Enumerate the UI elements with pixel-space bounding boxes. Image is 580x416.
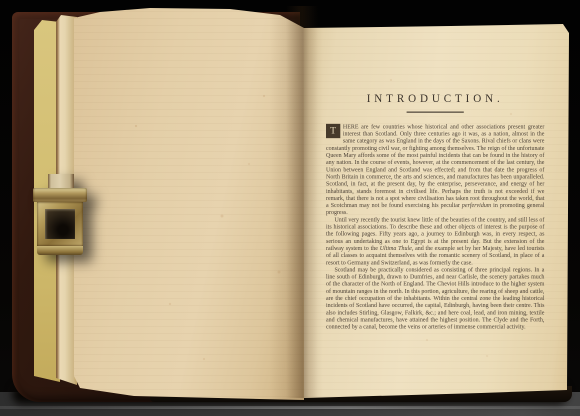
- right-page: INTRODUCTION. THERE are few countries wh…: [301, 18, 573, 400]
- paragraphs: THERE are few countries whose historical…: [326, 123, 544, 330]
- left-page-blank: [74, 4, 304, 400]
- paragraph: Until very recently the tourist knew lit…: [326, 216, 544, 266]
- heading-rule: [407, 112, 464, 113]
- paragraph-segment: perfervidum: [462, 202, 491, 209]
- clasp-hinge-bar: [33, 188, 87, 202]
- table-edge-highlight: [0, 406, 580, 409]
- photo-scene: INTRODUCTION. THERE are few countries wh…: [0, 0, 580, 416]
- text-block: INTRODUCTION. THERE are few countries wh…: [326, 92, 544, 331]
- paragraph-segment: HERE are few countries whose historical …: [326, 123, 544, 208]
- paragraph-segment: Ultima Thule: [380, 245, 412, 252]
- clasp-frame: [37, 202, 83, 246]
- clasp-window: [45, 209, 75, 239]
- clasp-foot-bar: [37, 246, 83, 255]
- paragraph: Scotland may be practically considered a…: [326, 266, 544, 330]
- drop-cap-ornament: T: [326, 124, 340, 138]
- paragraph: THERE are few countries whose historical…: [326, 123, 544, 216]
- brass-clasp: [33, 174, 89, 258]
- paragraph-segment: Scotland may be practically considered a…: [326, 266, 544, 330]
- page-heading: INTRODUCTION.: [326, 92, 544, 104]
